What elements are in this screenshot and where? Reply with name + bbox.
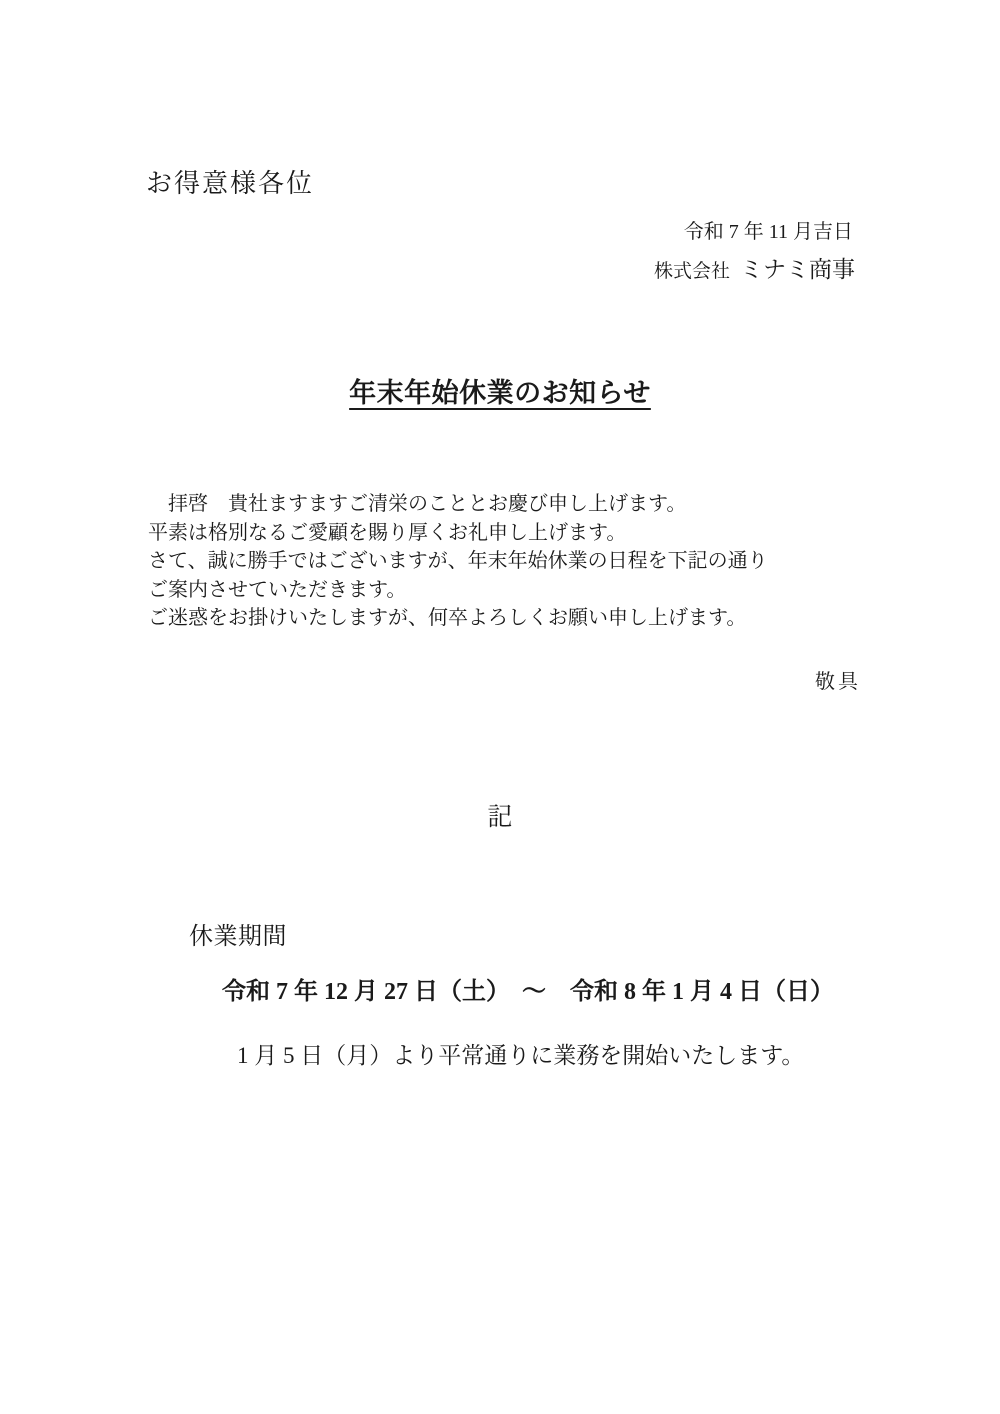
- letter-date: 令和 7 年 11 月吉日: [684, 220, 853, 244]
- letter-body: 拝啓 貴社ますますご清栄のこととお慶び申し上げます。 平素は格別なるご愛顧を賜り…: [148, 490, 868, 633]
- sender-company-line: 株式会社ミナミ商事: [654, 256, 855, 284]
- document-title: 年末年始休業のお知らせ: [349, 378, 651, 408]
- document-title-row: 年末年始休業のお知らせ: [0, 377, 1000, 411]
- body-line-4: ご案内させていただきます。: [148, 576, 868, 605]
- company-name: ミナミ商事: [740, 257, 855, 282]
- company-prefix: 株式会社: [654, 261, 730, 282]
- recipient-line: お得意様各位: [146, 168, 314, 199]
- record-marker: 記: [0, 803, 1000, 833]
- holiday-period-label: 休業期間: [189, 923, 287, 952]
- closing-word: 敬具: [815, 670, 861, 694]
- business-resume-notice: 1 月 5 日（月）より平常通りに業務を開始いたします。: [237, 1042, 804, 1070]
- body-line-2: 平素は格別なるご愛顧を賜り厚くお礼申し上げます。: [148, 519, 868, 548]
- body-line-1: 拝啓 貴社ますますご清栄のこととお慶び申し上げます。: [148, 490, 868, 519]
- body-line-5: ご迷惑をお掛けいたしますが、何卒よろしくお願い申し上げます。: [148, 604, 868, 633]
- body-line-3: さて、誠に勝手ではございますが、年末年始休業の日程を下記の通り: [148, 547, 868, 576]
- holiday-period-dates: 令和 7 年 12 月 27 日（土） ～ 令和 8 年 1 月 4 日（日）: [222, 978, 834, 1007]
- document-page: お得意様各位 令和 7 年 11 月吉日 株式会社ミナミ商事 年末年始休業のお知…: [0, 0, 1000, 1414]
